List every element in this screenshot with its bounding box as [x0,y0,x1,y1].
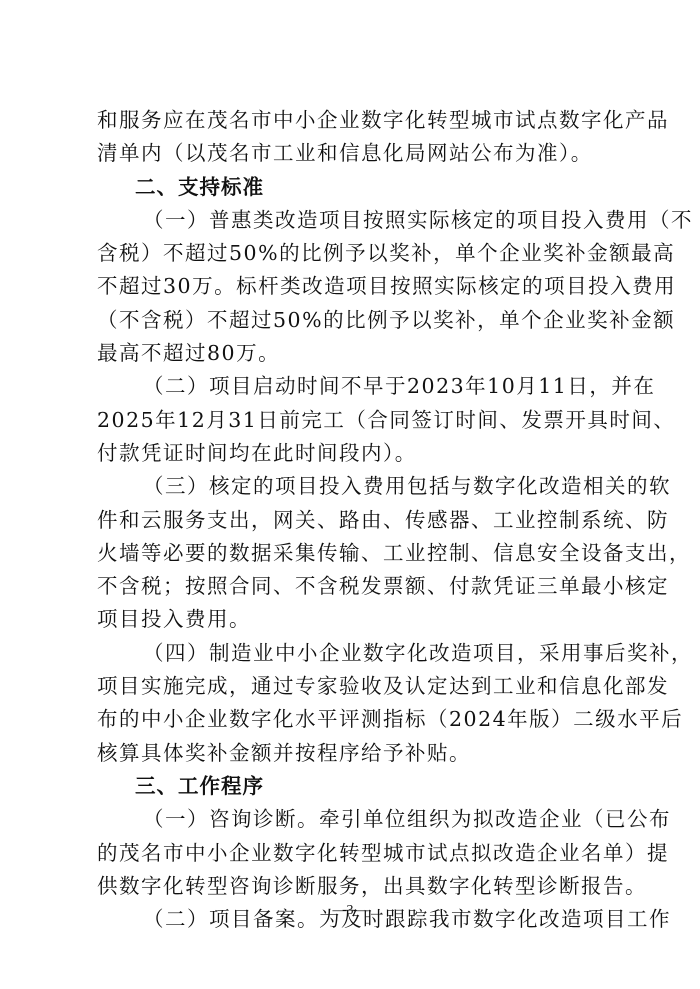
text-line: 不含税；按照合同、不含税发票额、付款凭证三单最小核定 [97,570,581,603]
text-line: 项目投入费用。 [97,603,581,636]
text-line: 2025年12月31日前完工（合同签订时间、发票开具时间、 [97,404,581,437]
section-heading-work-procedure: 三、工作程序 [97,770,581,803]
paragraph-continued: 和服务应在茂名市中小企业数字化转型城市试点数字化产品 清单内（以茂名市工业和信息… [97,104,581,171]
text-line: 清单内（以茂名市工业和信息化局网站公布为准）。 [97,137,581,170]
text-line: 件和云服务支出，网关、路由、传感器、工业控制系统、防 [97,504,581,537]
text-line: （不含税）不超过50%的比例予以奖补，单个企业奖补金额 [97,304,581,337]
text-line: 含税）不超过50%的比例予以奖补，单个企业奖补金额最高 [97,237,581,270]
paragraph-procedure-1: （一）咨询诊断。牵引单位组织为拟改造企业（已公布 的茂名市中小企业数字化转型城市… [97,803,581,903]
text-line: 付款凭证时间均在此时间段内）。 [97,437,581,470]
paragraph-standard-4: （四）制造业中小企业数字化改造项目，采用事后奖补， 项目实施完成，通过专家验收及… [97,637,581,770]
text-line: 供数字化转型咨询诊断服务，出具数字化转型诊断报告。 [97,870,581,903]
text-line: 和服务应在茂名市中小企业数字化转型城市试点数字化产品 [97,104,581,137]
text-line: （四）制造业中小企业数字化改造项目，采用事后奖补， [97,637,581,670]
text-line: 的茂名市中小企业数字化转型城市试点拟改造企业名单）提 [97,837,581,870]
text-line: 不超过30万。标杆类改造项目按照实际核定的项目投入费用 [97,270,581,303]
text-line: （一）咨询诊断。牵引单位组织为拟改造企业（已公布 [97,803,581,836]
text-line: 布的中小企业数字化水平评测指标（2024年版）二级水平后 [97,703,581,736]
text-line: （一）普惠类改造项目按照实际核定的项目投入费用（不 [97,204,581,237]
document-page: 和服务应在茂名市中小企业数字化转型城市试点数字化产品 清单内（以茂名市工业和信息… [97,104,581,936]
text-line: （二）项目启动时间不早于2023年10月11日，并在 [97,370,581,403]
text-line: 项目实施完成，通过专家验收及认定达到工业和信息化部发 [97,670,581,703]
paragraph-standard-1: （一）普惠类改造项目按照实际核定的项目投入费用（不 含税）不超过50%的比例予以… [97,204,581,370]
paragraph-standard-2: （二）项目启动时间不早于2023年10月11日，并在 2025年12月31日前完… [97,370,581,470]
text-line: 最高不超过80万。 [97,337,581,370]
paragraph-standard-3: （三）核定的项目投入费用包括与数字化改造相关的软 件和云服务支出，网关、路由、传… [97,470,581,636]
text-line: 核算具体奖补金额并按程序给予补贴。 [97,737,581,770]
page-number: —3— [0,903,700,919]
text-line: 火墙等必要的数据采集传输、工业控制、信息安全设备支出， [97,537,581,570]
text-line: （三）核定的项目投入费用包括与数字化改造相关的软 [97,470,581,503]
section-heading-support-standards: 二、支持标准 [97,171,581,204]
